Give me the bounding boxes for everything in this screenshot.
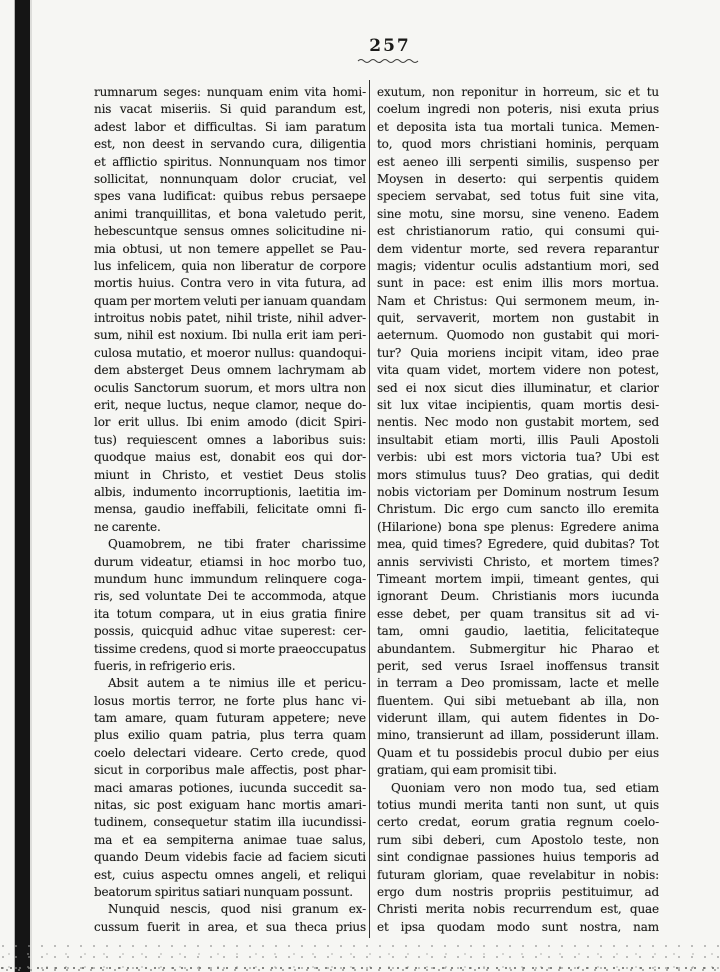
text-line: lor erit ullus. Ibi enim amodo (dicit Sp… (94, 414, 366, 431)
text-line: verbis: ubi est mors victoria tua? Ubi e… (377, 449, 659, 466)
text-line: tissime credens, quod si morte praeoccup… (94, 641, 366, 658)
text-line: spes vana ludificat: quibus rebus persae… (94, 188, 366, 205)
text-line: tus) requiescent omnes a laboribus suis: (94, 432, 366, 449)
text-line: rum sibi deberi, cum Apostolo teste, non (377, 832, 659, 849)
text-line: rumnarum seges: nunquam enim vita homi- (94, 84, 366, 101)
text-line: ris, sed voluntate Dei te accommoda, atq… (94, 588, 366, 605)
text-line: aeternum. Quomodo non gustabit qui mori- (377, 327, 659, 344)
text-line: Nam et Christus: Qui sermonem meum, in- (377, 293, 659, 310)
text-line: insultabit etiam morti, illis Pauli Apos… (377, 432, 659, 449)
text-line: sollicitat, nonnunquam dolor cruciat, ve… (94, 171, 366, 188)
text-line: vita quam videt, mortem videre non potes… (377, 362, 659, 379)
text-line: coelo delectari videare. Certo crede, qu… (94, 745, 366, 762)
text-line: et deposita ista tua mortali tunica. Mem… (377, 119, 659, 136)
text-line: quam per mortem veluti per ianuam quanda… (94, 293, 366, 310)
text-line: sit lux vitae incipientis, quam mortis d… (377, 397, 659, 414)
text-line: est, non deest in servando cura, diligen… (94, 136, 366, 153)
text-line: erit, neque luctus, neque clamor, neque … (94, 397, 366, 414)
text-line: Christi merita nobis recurrendum est, qu… (377, 901, 659, 918)
text-line: Quam et tu possidebis procul dubio per e… (377, 745, 659, 762)
text-line: coelum ingredi non poteris, nisi exuta p… (377, 101, 659, 118)
text-line: et afflictio spiritus. Nonnunquam nos ti… (94, 154, 366, 171)
text-line: sicut in corporibus male affectis, post … (94, 762, 366, 779)
text-line: annis servivisti Christo, et mortem time… (377, 554, 659, 571)
scan-noise-edge (0, 965, 720, 972)
text-line: Moysen in deserto: qui serpentis quidem (377, 171, 659, 188)
text-column-left: rumnarum seges: nunquam enim vita homi-n… (94, 84, 366, 936)
text-line: ignorant Deum. Christianis mors iucunda (377, 588, 659, 605)
text-line: Absit autem a te nimius ille et pericu- (94, 675, 366, 692)
text-line: totius mundi merita tanti non sunt, ut q… (377, 797, 659, 814)
text-line: tam, omni gaudio, laetitia, felicitatequ… (377, 623, 659, 640)
text-line: viderunt illam, qui autem fidentes in Do… (377, 710, 659, 727)
text-line: quando Deum videbis facie ad faciem sicu… (94, 849, 366, 866)
text-line: speciem servabat, sed totus fuit sine vi… (377, 188, 659, 205)
text-line: nobis victoriam per Dominum nostrum Iesu… (377, 484, 659, 501)
text-line: dem videntur morte, sed revera reparantu… (377, 241, 659, 258)
page-number: 257 (369, 36, 411, 56)
text-line: miunt in Christo, et vestiet Deus stolis (94, 467, 366, 484)
text-line: sunt in pace: est enim illis mors mortua… (377, 275, 659, 292)
text-line: nitas, sic post exiguam hanc mortis amar… (94, 797, 366, 814)
text-line: cussum fuerit in area, et sua theca priu… (94, 919, 366, 936)
text-line: mors stimulus tuus? Deo gratias, qui ded… (377, 467, 659, 484)
text-line: beatorum spiritus satiari nunquam possun… (94, 884, 366, 901)
text-line: adest labor et difficultas. Si iam parat… (94, 119, 366, 136)
text-line: quit, servaverit, mortem non gustabit in (377, 310, 659, 327)
wavy-rule (357, 57, 423, 64)
text-line: quodque maius est, donabit eos qui dor- (94, 449, 366, 466)
text-line: maci amaras potiones, iucunda succedit s… (94, 780, 366, 797)
text-line: Nunquid nescis, quod nisi granum ex- (94, 901, 366, 918)
text-line: futuram gloriam, quae revelabitur in nob… (377, 867, 659, 884)
text-line: Christum. Dic ergo cum sancto illo eremi… (377, 501, 659, 518)
text-line: mortis huius. Contra vero in vita futura… (94, 275, 366, 292)
text-column-right: exutum, non reponitur in horreum, sic et… (377, 84, 659, 936)
text-line: tam amare, quam futuram appetere; neve (94, 710, 366, 727)
text-line: ma et ea sempiterna animae tuae salus, (94, 832, 366, 849)
text-line: durum videatur, etiamsi in hoc morbo tuo… (94, 554, 366, 571)
text-line: ne carente. (94, 519, 366, 536)
text-line: Quamobrem, ne tibi frater charissime (94, 536, 366, 553)
text-line: mensa, gaudio ineffabili, felicitate omn… (94, 501, 366, 518)
text-line: nis vacat miseriis. Si quid parandum est… (94, 101, 366, 118)
text-line: mea, quid times? Egredere, quid dubitas?… (377, 536, 659, 553)
text-line: tur? Quia moriens incipit vitam, ideo pr… (377, 345, 659, 362)
text-line: hebescuntque sensus omnes solicitudine n… (94, 223, 366, 240)
text-line: mundum hunc immundum relinquere coga- (94, 571, 366, 588)
text-line: fluentem. Qui sibi metuebant ab illa, no… (377, 693, 659, 710)
text-line: introitus nobis patet, nihil triste, nih… (94, 310, 366, 327)
text-line: tudinem, consequetur statim illa iucundi… (94, 814, 366, 831)
text-line: perit, sed verus Israel inoffensus trans… (377, 658, 659, 675)
text-line: mino, transierunt ad illam, possiderunt … (377, 727, 659, 744)
text-line: sed ei nox sicut dies illuminatur, et cl… (377, 380, 659, 397)
text-line: exutum, non reponitur in horreum, sic et… (377, 84, 659, 101)
text-line: est christianorum ratio, qui consumi qui… (377, 223, 659, 240)
text-line: lus infelicem, quia non liberatur de cor… (94, 258, 366, 275)
text-line: in terram a Deo promissam, lacte et mell… (377, 675, 659, 692)
text-line: to, quod mors christiani hominis, perqua… (377, 136, 659, 153)
text-line: (Hilarione) bona spe plenus: Egredere an… (377, 519, 659, 536)
text-line: esse debet, per quam transitus sit ad vi… (377, 606, 659, 623)
text-line: abundantem. Submergitur hic Pharao et (377, 641, 659, 658)
text-line: est, cuius aspectu omnes angeli, et reli… (94, 867, 366, 884)
text-line: Timeant mortem impii, timeant gentes, qu… (377, 571, 659, 588)
text-line: possis, quicquid adhuc vitae superest: c… (94, 623, 366, 640)
text-line: fueris, in refrigerio eris. (94, 658, 366, 675)
text-line: est aeneo illi serpenti similis, suspens… (377, 154, 659, 171)
text-line: gratiam, qui eam promisit tibi. (377, 762, 659, 779)
text-line: ergo dum nostris propriis pestituimur, a… (377, 884, 659, 901)
text-line: certo credat, eorum gratia regnum coelo- (377, 814, 659, 831)
column-divider (369, 80, 370, 938)
scanned-page: 257 rumnarum seges: nunquam enim vita ho… (0, 0, 720, 972)
text-line: sum, nihil est noxium. Ibi nulla erit ia… (94, 327, 366, 344)
text-line: losus mortis terror, ne forte plus hanc … (94, 693, 366, 710)
text-line: albis, indumento incorruptionis, laetiti… (94, 484, 366, 501)
scan-edge-artifact (15, 0, 30, 972)
text-line: mia obtusi, ut non temere appellet se Pa… (94, 241, 366, 258)
text-line: magis; videntur oculis adstantium mori, … (377, 258, 659, 275)
text-line: dem absterget Deus omnem lachrymam ab (94, 362, 366, 379)
text-line: nentis. Nec modo non gustabit mortem, se… (377, 414, 659, 431)
text-line: et ipsa quodam modo sunt nostra, nam (377, 919, 659, 936)
text-line: plus exilio quam patria, plus terra quam (94, 727, 366, 744)
text-line: sine motu, sine morsu, sine veneno. Eade… (377, 206, 659, 223)
page-header: 257 (340, 36, 440, 64)
text-line: oculis Sanctorum suorum, et mors ultra n… (94, 380, 366, 397)
text-line: animi tranquillitas, et bona valetudo pe… (94, 206, 366, 223)
text-line: Quoniam vero non modo tua, sed etiam (377, 780, 659, 797)
text-line: ita totum compara, ut in eius gratia fin… (94, 606, 366, 623)
text-line: culosa mutatio, et moeror nullus: quando… (94, 345, 366, 362)
text-line: sint condignae passiones huius temporis … (377, 849, 659, 866)
